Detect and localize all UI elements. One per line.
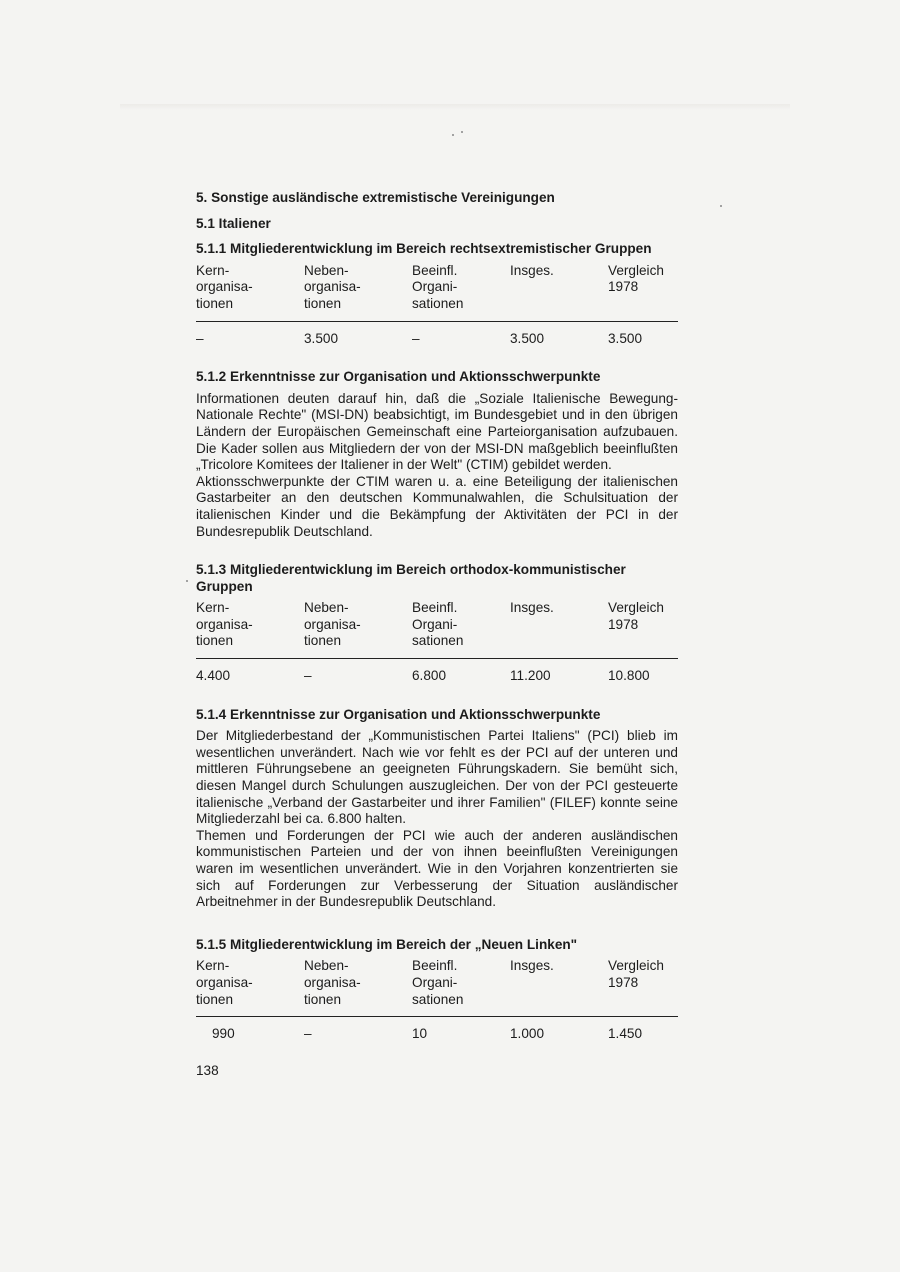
col-beeinfl: Beeinfl. Organi- sationen xyxy=(412,600,510,650)
cell-beeinfl: 6.800 xyxy=(412,668,510,685)
col-beeinfl: Beeinfl. Organi- sationen xyxy=(412,263,510,313)
subsection-heading: 5.1.4 Erkenntnisse zur Organisation und … xyxy=(196,707,678,724)
col-kern: Kern- organisa- tionen xyxy=(196,263,304,313)
table-rule xyxy=(196,1016,678,1017)
cell-beeinfl: 10 xyxy=(412,1026,510,1043)
scan-edge-shadow xyxy=(120,104,790,110)
membership-table: Kern- organisa- tionen Neben- organisa- … xyxy=(196,600,678,684)
section-5-1-1: 5.1.1 Mitgliederentwicklung im Bereich r… xyxy=(196,241,678,347)
section-5-1-3: 5.1.3 Mitgliederentwicklung im Bereich o… xyxy=(196,562,678,685)
table-header: Kern- organisa- tionen Neben- organisa- … xyxy=(196,958,678,1008)
paragraph: Themen und Forderungen der PCI wie auch … xyxy=(196,828,678,911)
cell-kern: 4.400 xyxy=(196,668,304,685)
subsection-heading: 5.1.5 Mitgliederentwicklung im Bereich d… xyxy=(196,937,678,954)
col-neben: Neben- organisa- tionen xyxy=(304,263,412,313)
cell-neben: – xyxy=(304,1026,412,1043)
col-neben: Neben- organisa- tionen xyxy=(304,958,412,1008)
page-number: 138 xyxy=(196,1063,678,1080)
cell-beeinfl: – xyxy=(412,331,510,348)
cell-insges: 1.000 xyxy=(510,1026,608,1043)
cell-kern: 990 xyxy=(196,1026,304,1043)
cell-vergleich: 1.450 xyxy=(608,1026,678,1043)
col-insges: Insges. xyxy=(510,600,608,650)
table-row: 4.400 – 6.800 11.200 10.800 xyxy=(196,668,678,685)
paragraph: Informationen deuten darauf hin, daß die… xyxy=(196,391,678,474)
paragraph: Aktionsschwerpunkte der CTIM waren u. a.… xyxy=(196,474,678,540)
section-heading: 5.1 Italiener xyxy=(196,216,678,233)
col-vergleich: Vergleich 1978 xyxy=(608,600,678,650)
table-row: 990 – 10 1.000 1.450 xyxy=(196,1026,678,1043)
subsection-heading: 5.1.1 Mitgliederentwicklung im Bereich r… xyxy=(196,241,678,258)
table-header: Kern- organisa- tionen Neben- organisa- … xyxy=(196,600,678,650)
membership-table: Kern- organisa- tionen Neben- organisa- … xyxy=(196,263,678,347)
section-5-1-2: 5.1.2 Erkenntnisse zur Organisation und … xyxy=(196,369,678,540)
section-5-1-5: 5.1.5 Mitgliederentwicklung im Bereich d… xyxy=(196,937,678,1043)
cell-neben: 3.500 xyxy=(304,331,412,348)
body-text: Der Mitgliederbestand der „Kommunistisch… xyxy=(196,728,678,911)
col-kern: Kern- organisa- tionen xyxy=(196,958,304,1008)
cell-insges: 11.200 xyxy=(510,668,608,685)
subsection-heading: 5.1.2 Erkenntnisse zur Organisation und … xyxy=(196,369,678,386)
col-kern: Kern- organisa- tionen xyxy=(196,600,304,650)
cell-vergleich: 3.500 xyxy=(608,331,678,348)
section-5-1-4: 5.1.4 Erkenntnisse zur Organisation und … xyxy=(196,707,678,911)
col-insges: Insges. xyxy=(510,263,608,313)
paragraph: Der Mitgliederbestand der „Kommunistisch… xyxy=(196,728,678,828)
col-vergleich: Vergleich 1978 xyxy=(608,263,678,313)
membership-table: Kern- organisa- tionen Neben- organisa- … xyxy=(196,958,678,1042)
scan-speck xyxy=(461,131,463,133)
document-page: 5. Sonstige ausländische extremistische … xyxy=(196,190,678,1079)
scan-speck xyxy=(186,580,188,582)
col-beeinfl: Beeinfl. Organi- sationen xyxy=(412,958,510,1008)
table-row: – 3.500 – 3.500 3.500 xyxy=(196,331,678,348)
cell-kern: – xyxy=(196,331,304,348)
body-text: Informationen deuten darauf hin, daß die… xyxy=(196,391,678,540)
scan-speck xyxy=(720,205,722,207)
col-insges: Insges. xyxy=(510,958,608,1008)
col-neben: Neben- organisa- tionen xyxy=(304,600,412,650)
cell-neben: – xyxy=(304,668,412,685)
table-rule xyxy=(196,321,678,322)
chapter-heading: 5. Sonstige ausländische extremistische … xyxy=(196,190,678,207)
scan-speck xyxy=(452,134,454,136)
table-header: Kern- organisa- tionen Neben- organisa- … xyxy=(196,263,678,313)
cell-insges: 3.500 xyxy=(510,331,608,348)
cell-vergleich: 10.800 xyxy=(608,668,678,685)
col-vergleich: Vergleich 1978 xyxy=(608,958,678,1008)
table-rule xyxy=(196,658,678,659)
subsection-heading: 5.1.3 Mitgliederentwicklung im Bereich o… xyxy=(196,562,678,595)
